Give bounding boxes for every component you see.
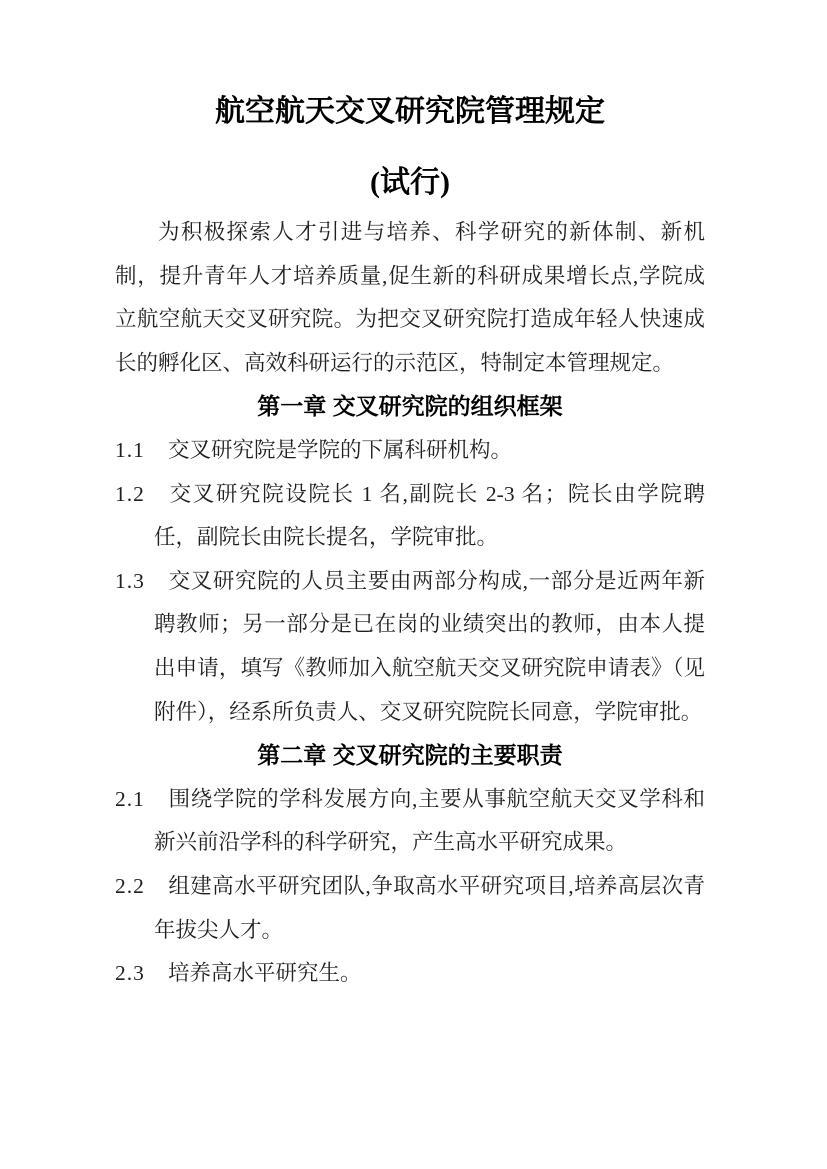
list-item-1-3: 1.3交叉研究院的人员主要由两部分构成,一部分是近两年新聘教师；另一部分是已在岗… bbox=[115, 560, 705, 734]
list-item-2-2: 2.2组建高水平研究团队,争取高水平研究项目,培养高层次青年拔尖人才。 bbox=[115, 865, 705, 952]
document-title: 航空航天交叉研究院管理规定 bbox=[115, 92, 705, 132]
item-text: 交叉研究院的人员主要由两部分构成,一部分是近两年新聘教师；另一部分是已在岗的业绩… bbox=[154, 569, 705, 724]
item-number: 1.2 bbox=[115, 473, 168, 517]
item-text: 组建高水平研究团队,争取高水平研究项目,培养高层次青年拔尖人才。 bbox=[154, 874, 705, 942]
list-item-2-3: 2.3培养高水平研究生。 bbox=[115, 952, 705, 996]
item-text: 围绕学院的学科发展方向,主要从事航空航天交叉学科和新兴前沿学科的科学研究，产生高… bbox=[154, 787, 705, 855]
item-number: 2.2 bbox=[115, 865, 168, 909]
item-number: 1.3 bbox=[115, 560, 168, 604]
list-item-2-1: 2.1围绕学院的学科发展方向,主要从事航空航天交叉学科和新兴前沿学科的科学研究，… bbox=[115, 778, 705, 865]
chapter-1-heading: 第一章 交叉研究院的组织框架 bbox=[115, 385, 705, 429]
item-number: 2.3 bbox=[115, 952, 168, 996]
item-text: 培养高水平研究生。 bbox=[168, 961, 362, 985]
item-text: 交叉研究院设院长 1 名,副院长 2-3 名；院长由学院聘任，副院长由院长提名，… bbox=[154, 482, 705, 550]
item-number: 2.1 bbox=[115, 778, 168, 822]
chapter-2-heading: 第二章 交叉研究院的主要职责 bbox=[115, 734, 705, 778]
item-number: 1.1 bbox=[115, 429, 168, 473]
document-subtitle: (试行) bbox=[115, 163, 705, 203]
list-item-1-2: 1.2交叉研究院设院长 1 名,副院长 2-3 名；院长由学院聘任，副院长由院长… bbox=[115, 473, 705, 560]
document-body: 为积极探索人才引进与培养、科学研究的新体制、新机制，提升青年人才培养质量,促生新… bbox=[115, 211, 705, 996]
intro-paragraph: 为积极探索人才引进与培养、科学研究的新体制、新机制，提升青年人才培养质量,促生新… bbox=[115, 211, 705, 385]
item-text: 交叉研究院是学院的下属科研机构。 bbox=[168, 438, 512, 462]
list-item-1-1: 1.1交叉研究院是学院的下属科研机构。 bbox=[115, 429, 705, 473]
document-page: 航空航天交叉研究院管理规定 (试行) 为积极探索人才引进与培养、科学研究的新体制… bbox=[0, 0, 827, 1169]
